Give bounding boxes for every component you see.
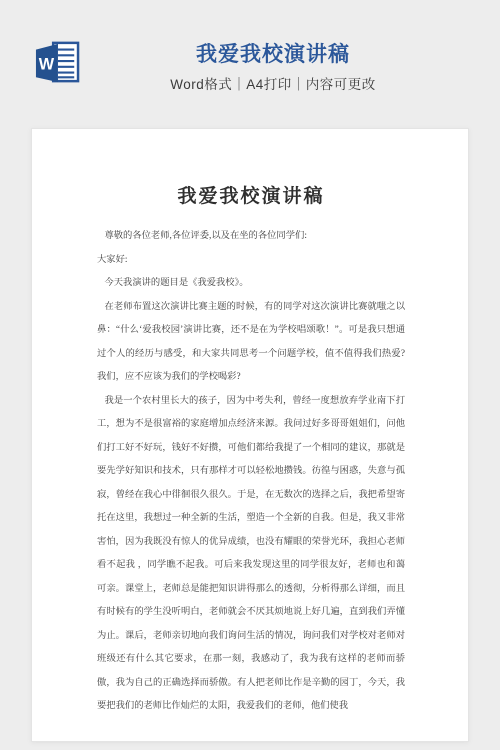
paragraph-greeting: 大家好: xyxy=(97,249,405,273)
template-subtitle: Word格式｜A4打印｜内容可更改 xyxy=(46,73,500,93)
document-body: 尊敬的各位老师,各位评委,以及在坐的各位同学们: 大家好: 今天我演讲的题目是《… xyxy=(97,225,405,719)
paragraph-topic: 今天我演讲的题目是《我爱我校》。 xyxy=(97,272,405,296)
template-header: W 我爱我校演讲稿 Word格式｜A4打印｜内容可更改 xyxy=(0,0,500,95)
template-title: 我爱我校演讲稿 xyxy=(46,42,500,68)
word-icon: W xyxy=(33,40,81,84)
document-title: 我爱我校演讲稿 xyxy=(97,184,405,210)
paragraph-intro: 在老师布置这次演讲比赛主题的时候，有的同学对这次演讲比赛就嗤之以鼻：“什么‘爱我… xyxy=(97,296,405,390)
paragraph-story: 我是一个农村里长大的孩子，因为中考失利，曾经一度想放弃学业南下打工，想为不是很富… xyxy=(97,390,405,719)
paragraph-salutation: 尊敬的各位老师,各位评委,以及在坐的各位同学们: xyxy=(97,225,405,249)
document-page: 我爱我校演讲稿 尊敬的各位老师,各位评委,以及在坐的各位同学们: 大家好: 今天… xyxy=(31,128,469,742)
svg-text:W: W xyxy=(39,56,55,74)
